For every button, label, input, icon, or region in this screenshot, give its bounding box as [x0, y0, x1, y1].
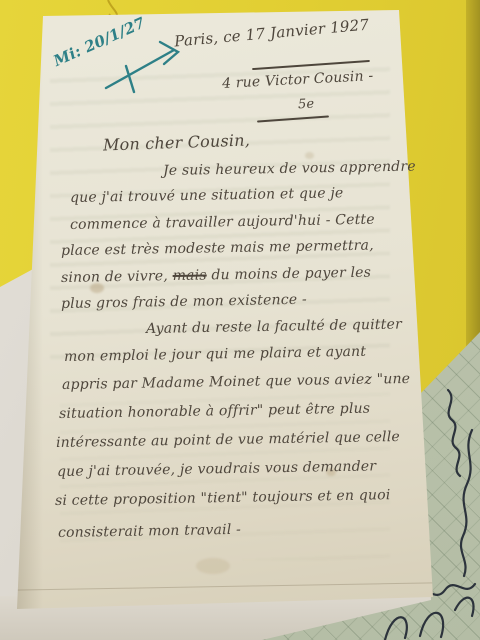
- letter-line: place est très modeste mais me permettra…: [61, 238, 374, 259]
- letter-salutation: Mon cher Cousin,: [103, 130, 251, 154]
- letter-line: que j'ai trouvée, je voudrais vous deman…: [57, 458, 377, 480]
- letter-line: commence à travailler aujourd'hui - Cett…: [70, 212, 375, 233]
- letter-line: mon emploi le jour qui me plaira et ayan…: [64, 344, 366, 365]
- letter-line: intéressante au point de vue matériel qu…: [56, 429, 400, 451]
- letter-line: situation honorable à offrir" peut être …: [59, 401, 370, 422]
- letter-date: Paris, ce 17 Janvier 1927: [174, 16, 370, 51]
- letter-address-floor: 5e: [298, 97, 315, 113]
- letter-line: plus gros frais de mon existence -: [61, 292, 307, 312]
- strike-line-post: du moins de payer les: [207, 265, 372, 284]
- address-underline-flourish: [257, 115, 329, 122]
- letter-line: Je suis heureux de vous apprendre: [163, 159, 416, 179]
- letter-address: 4 rue Victor Cousin -: [222, 68, 374, 92]
- letter-line: appris par Madame Moinet que vous aviez …: [62, 371, 410, 393]
- letter-line: que j'ai trouvé une situation et que je: [70, 185, 344, 206]
- letter-line: Ayant du reste la faculté de quitter: [146, 317, 402, 337]
- struck-word: mais: [172, 267, 206, 284]
- letter-photograph: Mi: 20/1/27 Paris, ce 17 Janvier 1927 4 …: [0, 0, 480, 640]
- handwriting-layer: Mi: 20/1/27 Paris, ce 17 Janvier 1927 4 …: [0, 0, 480, 640]
- letter-line-with-strikethrough: sinon de vivre, mais du moins de payer l…: [61, 265, 371, 286]
- letter-line: consisterait mon travail -: [58, 522, 241, 541]
- strike-line-pre: sinon de vivre,: [61, 268, 173, 286]
- letter-line: si cette proposition "tient" toujours et…: [55, 487, 391, 509]
